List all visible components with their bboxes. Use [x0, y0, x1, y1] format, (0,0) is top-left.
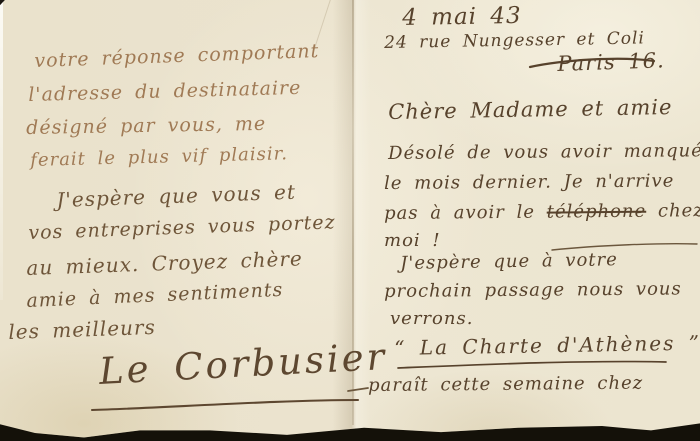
left-body-line-9: les meilleurs [8, 315, 156, 344]
left-body-line-2: l'adresse du destinataire [28, 77, 302, 106]
date-line: 4 mai 43 [402, 3, 522, 31]
letter-photo: votre réponse comportant l'adresse du de… [0, 0, 700, 441]
paper-left-edge [0, 0, 3, 300]
address-line-2: Paris 16. [557, 48, 665, 76]
signature-text: Le Corbusier [98, 335, 388, 393]
left-body-line-8: amie à mes sentiments [26, 279, 284, 312]
right-body-line-2: le mois dernier. Je n'arrive [384, 170, 674, 194]
right-body-line-5: J'espère que à votre [400, 249, 618, 274]
salutation-line: Chère Madame et amie [388, 95, 673, 124]
left-body-line-5: J'espère que vous et [56, 180, 296, 212]
title-underline-stroke [398, 362, 666, 368]
phone-line-prefix: pas à avoir le [384, 202, 535, 224]
left-body-line-7: au mieux. Croyez chère [26, 246, 303, 280]
left-body-line-4: ferait le plus vif plaisir. [30, 143, 288, 171]
phone-line-suffix: chez [658, 200, 700, 221]
right-body-line-4: moi ! [384, 230, 441, 251]
book-title-line: “ La Charte d'Athènes ” [394, 331, 700, 360]
left-body-line-1: votre réponse comportant [34, 40, 320, 72]
signature-underline-stroke [92, 400, 358, 410]
right-body-line-8: paraît cette semaine chez [368, 373, 643, 396]
left-body-line-6: vos entreprises vous portez [28, 211, 336, 244]
phone-word-struck: téléphone [547, 201, 647, 223]
letter-paper: votre réponse comportant l'adresse du de… [0, 0, 700, 441]
right-body-line-6: prochain passage nous vous [384, 278, 682, 302]
right-body-line-7: verrons. [390, 308, 473, 329]
left-body-line-3: désigné par vous, me [26, 113, 266, 139]
dash-stroke [348, 388, 368, 391]
right-body-line-3: pas à avoir le téléphone chez [384, 200, 700, 224]
right-body-line-1: Désolé de vous avoir manquée [388, 140, 700, 164]
